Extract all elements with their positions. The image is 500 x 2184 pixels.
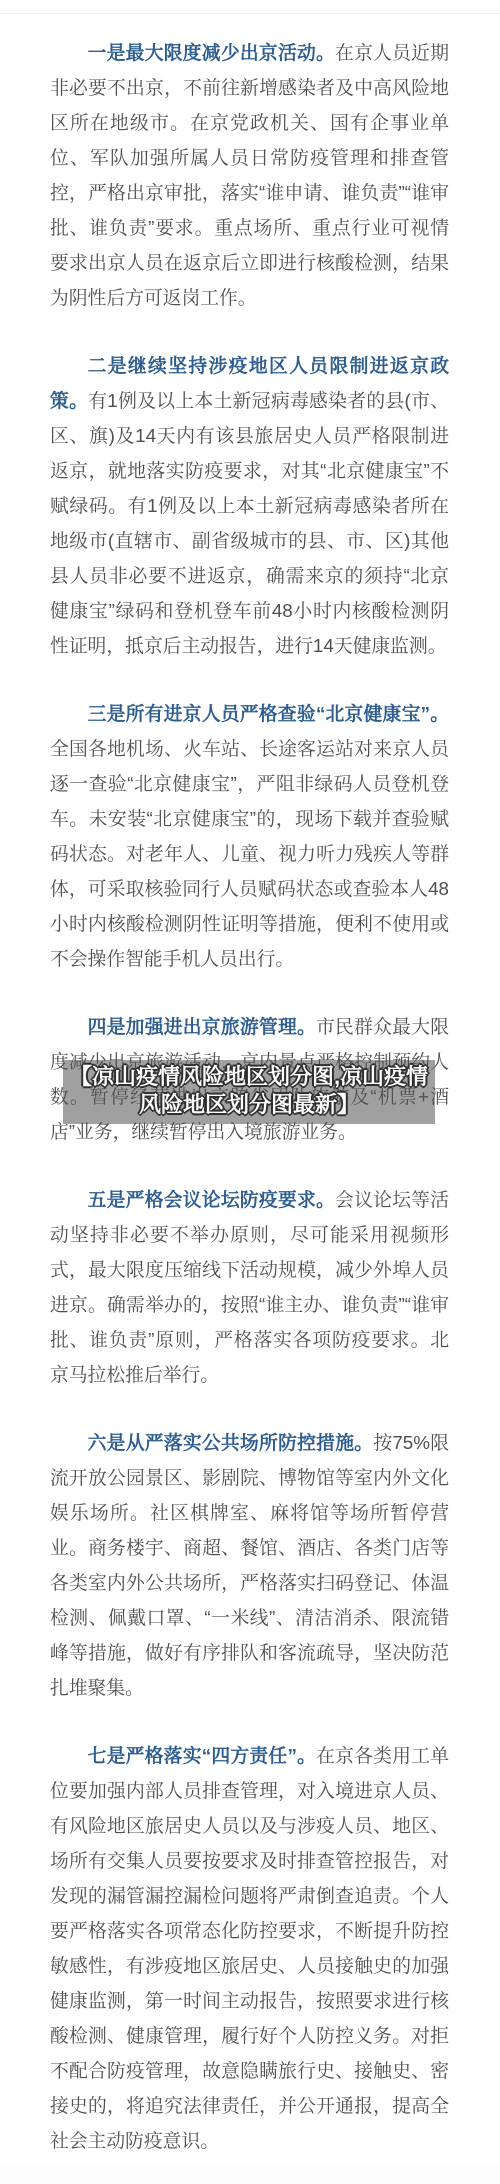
- policy-paragraph-7: 七是严格落实“四方责任”。在京各类用工单位要加强内部人员排查管理，对入境进京人员…: [50, 1738, 449, 2158]
- paragraph-heading: 一是最大限度减少出京活动。: [88, 42, 335, 63]
- bottom-watermark-strip: [0, 2164, 500, 2184]
- paragraph-text: 有1例及以上本土新冠病毒感染者的县(市、区、旗)及14天内有该县旅居史人员严格限…: [50, 390, 449, 656]
- policy-paragraph-5: 五是严格会议论坛防疫要求。会议论坛等活动坚持非必要不举办原则，尽可能采用视频形式…: [50, 1182, 449, 1392]
- paragraph-text: 按75%限流开放公园景区、影剧院、博物馆等室内外文化娱乐场所。社区棋牌室、麻将馆…: [50, 1432, 449, 1698]
- policy-paragraph-3: 三是所有进京人员严格查验“北京健康宝”。全国各地机场、火车站、长途客运站对来京人…: [50, 696, 449, 976]
- watermark-line-2: 风险地区划分图最新】: [65, 1091, 433, 1119]
- paragraph-text: 在京各类用工单位要加强内部人员排查管理，对入境进京人员、有风险地区旅居史人员以及…: [50, 1745, 449, 2151]
- top-divider: [0, 0, 500, 14]
- paragraph-heading: 六是从严落实公共场所防控措施。: [88, 1432, 374, 1453]
- watermark-line-1: 【凉山疫情风险地区划分图,凉山疫情: [65, 1063, 433, 1091]
- paragraph-text: 在京人员近期非必要不出京，不前往新增感染者及中高风险地区所在地级市。在京党政机关…: [50, 42, 449, 308]
- paragraph-heading: 五是严格会议论坛防疫要求。: [88, 1189, 335, 1210]
- paragraph-heading: 三是所有进京人员严格查验“北京健康宝”。: [88, 703, 449, 724]
- policy-paragraph-2: 二是继续坚持涉疫地区人员限制进返京政策。有1例及以上本土新冠病毒感染者的县(市、…: [50, 348, 449, 663]
- paragraph-heading: 七是严格落实“四方责任”。: [88, 1745, 317, 1766]
- paragraph-heading: 四是加强进出京旅游管理。: [88, 1016, 316, 1037]
- paragraph-text: 全国各地机场、火车站、长途客运站对来京人员逐一查验“北京健康宝”，严阻非绿码人员…: [50, 738, 449, 969]
- watermark-overlay: 【凉山疫情风险地区划分图,凉山疫情 风险地区划分图最新】: [63, 1060, 435, 1124]
- policy-paragraph-6: 六是从严落实公共场所防控措施。按75%限流开放公园景区、影剧院、博物馆等室内外文…: [50, 1425, 449, 1705]
- policy-paragraph-1: 一是最大限度减少出京活动。在京人员近期非必要不出京，不前往新增感染者及中高风险地…: [50, 35, 449, 315]
- paragraph-text: 会议论坛等活动坚持非必要不举办原则，尽可能采用视频形式，最大限度压缩线下活动规模…: [50, 1189, 449, 1385]
